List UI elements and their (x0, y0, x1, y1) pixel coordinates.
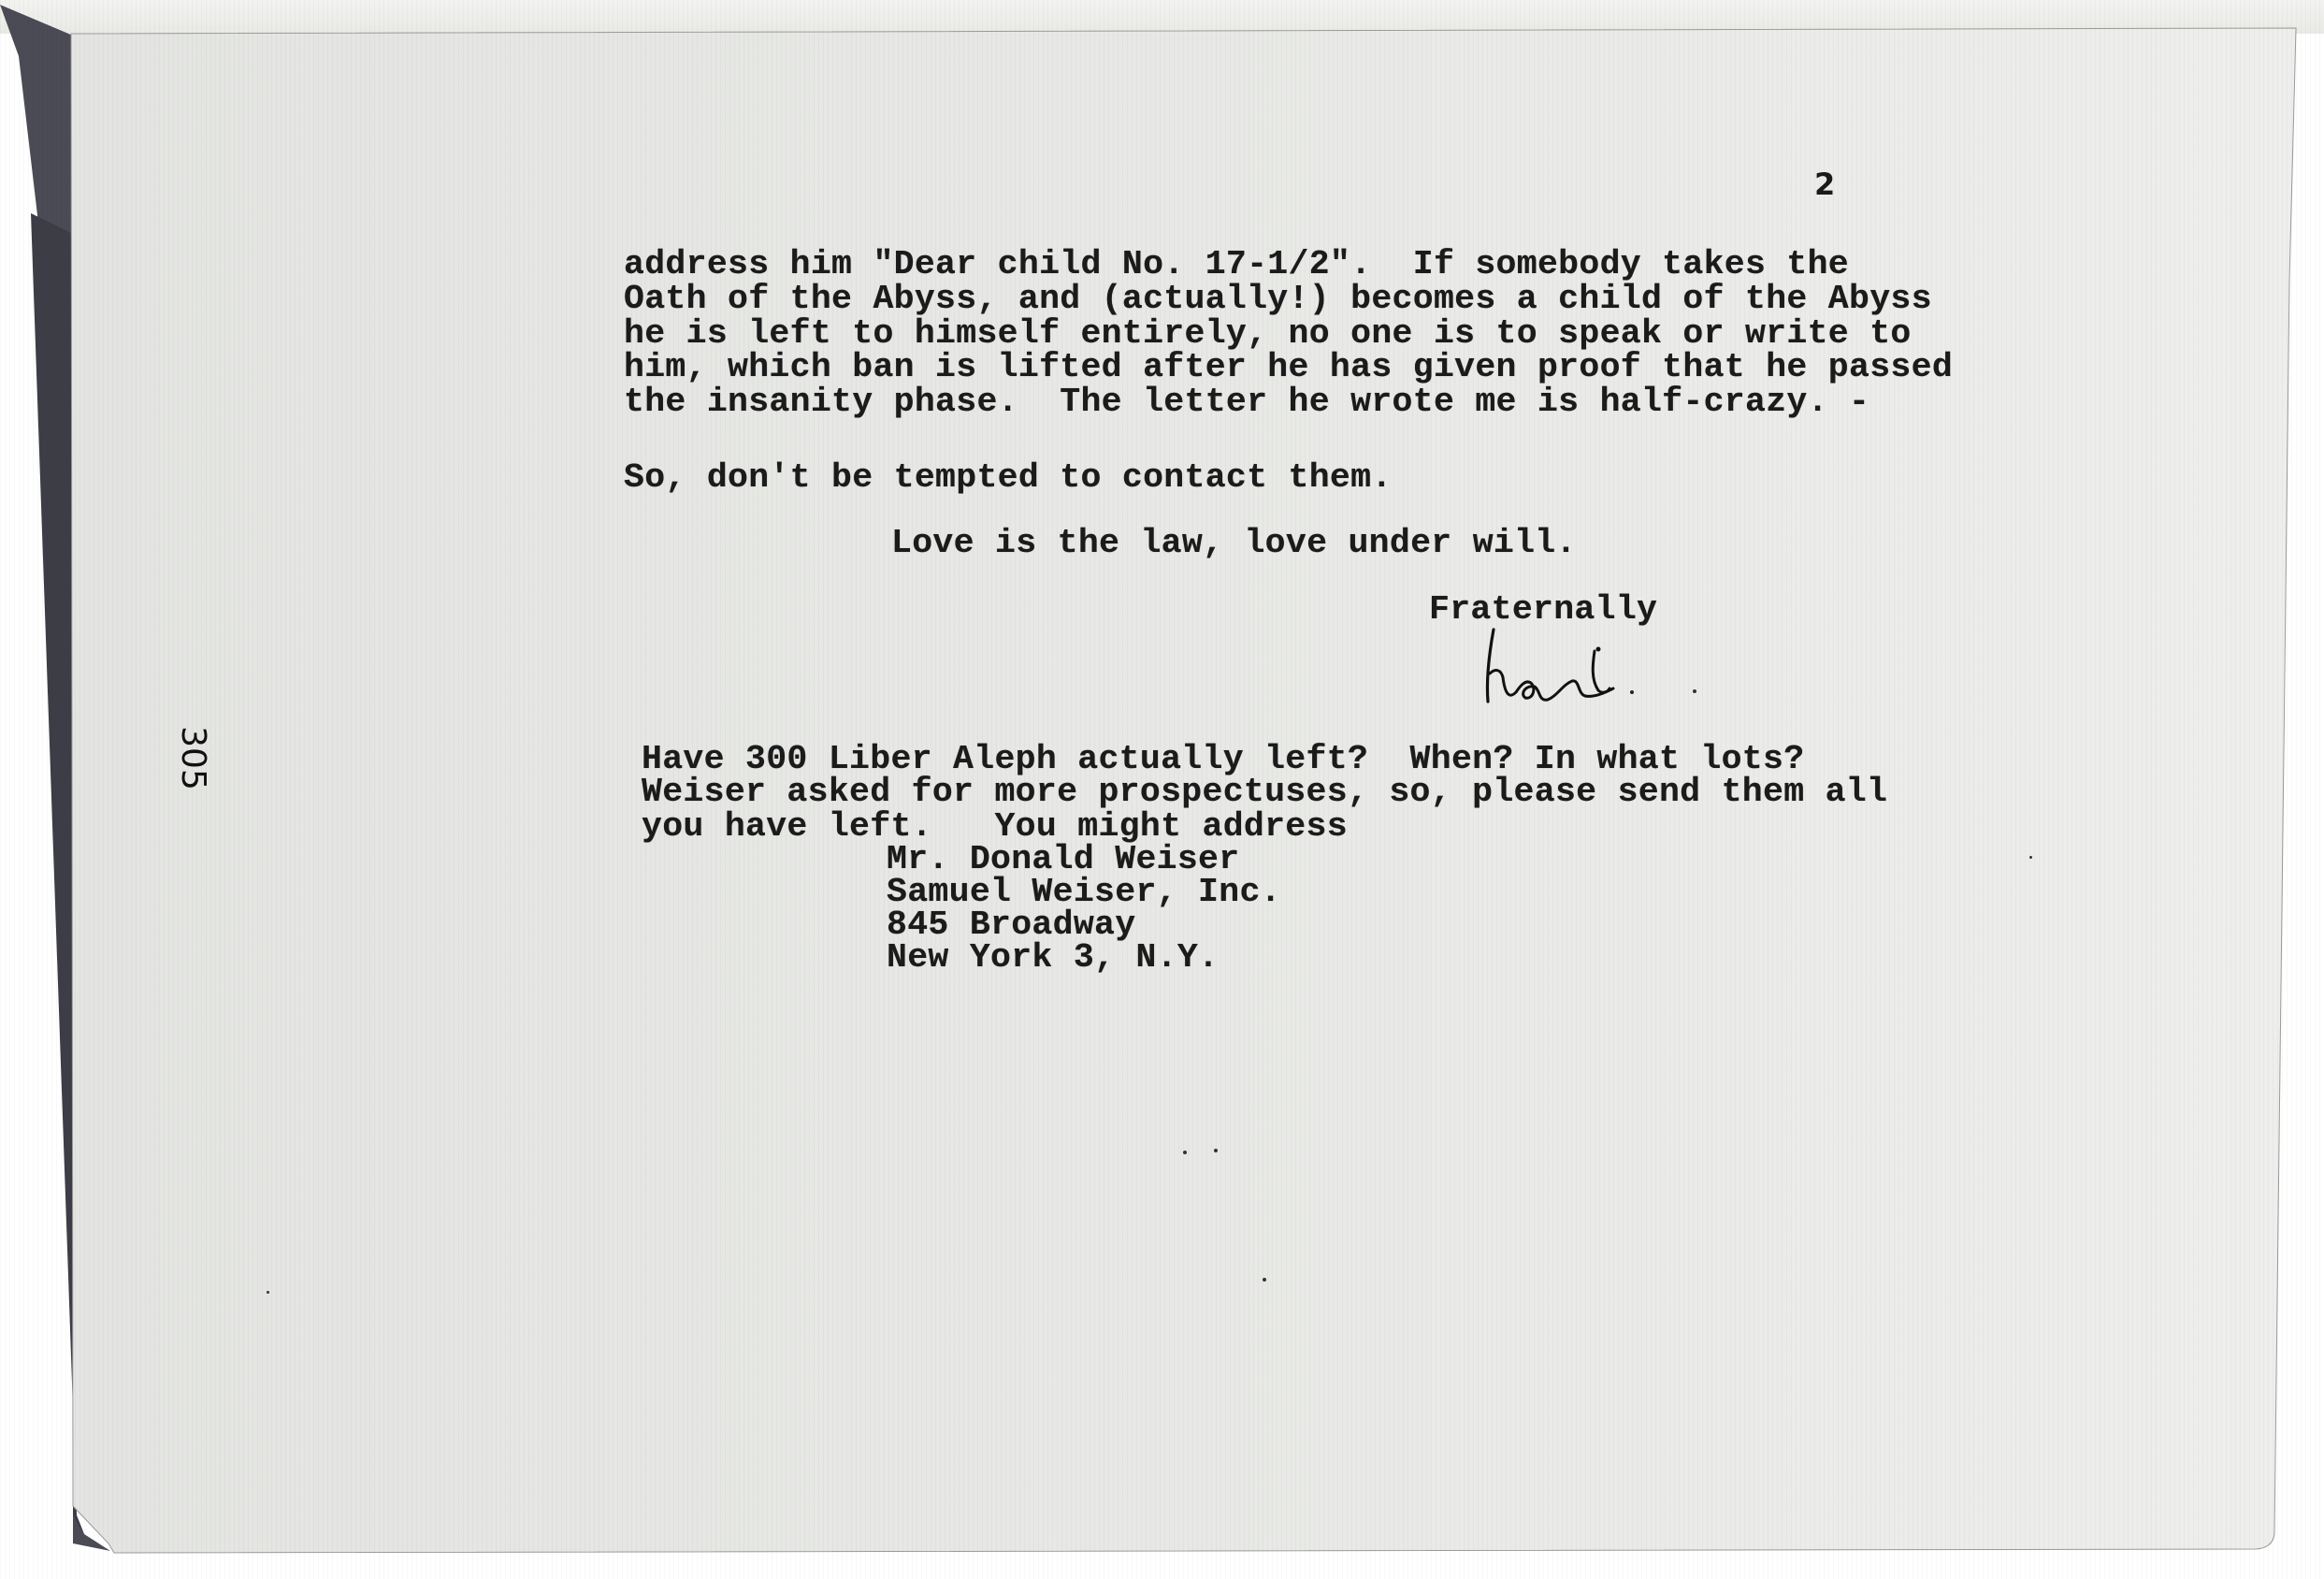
ink-speck (1214, 1149, 1218, 1152)
folio-number: 305 (174, 726, 212, 790)
address-line: 845 Broadway (887, 907, 1135, 942)
body-line: him, which ban is lifted after he has gi… (624, 350, 1953, 384)
advice-line: So, don't be tempted to contact them. (624, 460, 1393, 495)
address-line: Samuel Weiser, Inc. (887, 875, 1281, 909)
ink-speck (1183, 1151, 1187, 1154)
closing-motto: Love is the law, love under will. (891, 526, 1577, 560)
ink-speck (2029, 856, 2032, 859)
ink-speck (1263, 1278, 1266, 1282)
postscript-line: you have left. You might address (642, 809, 1348, 844)
address-line: New York 3, N.Y. (887, 940, 1219, 975)
valediction: Fraternally (1429, 592, 1657, 627)
postscript-line: Weiser asked for more prospectuses, so, … (642, 775, 1887, 809)
page-number: 2 (1814, 167, 1835, 202)
body-line: the insanity phase. The letter he wrote … (624, 384, 1869, 419)
handwritten-signature (1482, 627, 1641, 711)
body-line: Oath of the Abyss, and (actually!) becom… (624, 282, 1932, 316)
body-line: address him "Dear child No. 17-1/2". If … (624, 247, 1849, 282)
ink-speck (1693, 689, 1696, 693)
postscript-line: Have 300 Liber Aleph actually left? When… (642, 742, 1804, 776)
body-line: he is left to himself entirely, no one i… (624, 316, 1912, 351)
ink-speck (267, 1291, 269, 1294)
address-line: Mr. Donald Weiser (887, 842, 1239, 876)
